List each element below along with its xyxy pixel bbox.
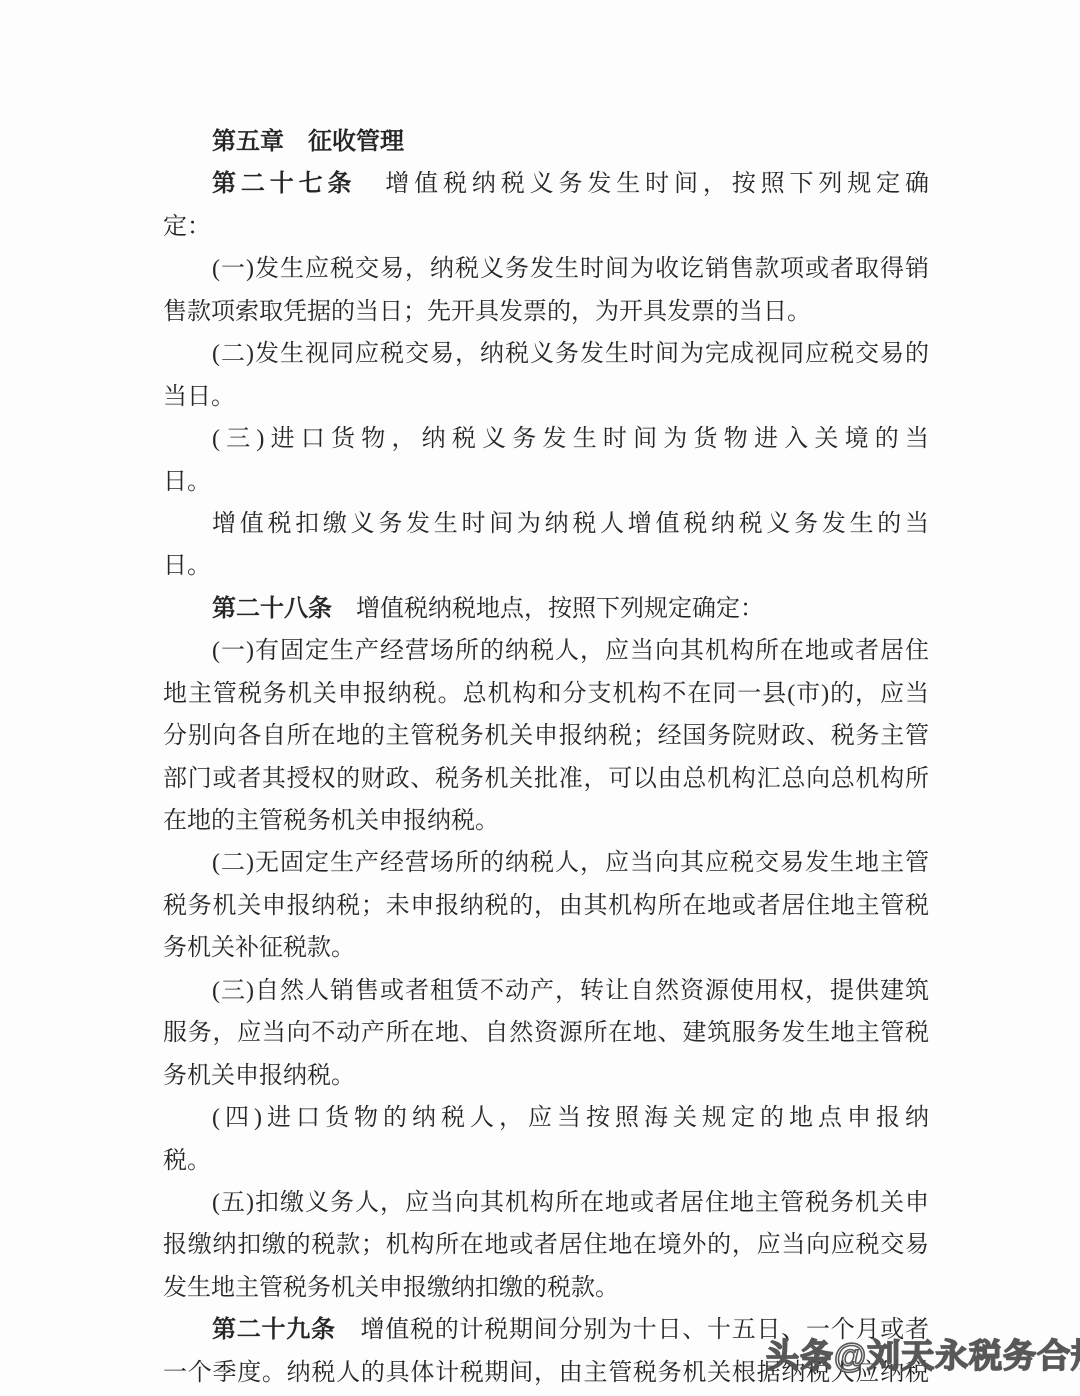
text-line: 税。 [163,1140,929,1182]
text-line: 服务，应当向不动产所在地、自然资源所在地、建筑服务发生地主管税 [163,1012,929,1054]
text-line: (一)有固定生产经营场所的纳税人，应当向其机构所在地或者居住 [163,630,929,672]
text-line: 日。 [163,461,929,503]
line-text: (二)发生视同应税交易，纳税义务发生时间为完成视同应税交易的 [212,341,929,367]
text-line: (二)无固定生产经营场所的纳税人，应当向其应税交易发生地主管 [163,842,929,884]
line-text: 定： [163,214,211,240]
text-line: (四)进口货物的纳税人，应当按照海关规定的地点申报纳 [163,1097,929,1139]
article-number: 第五章 征收管理 [212,129,404,155]
text-line: 务机关申报纳税。 [163,1055,929,1097]
line-text: 增值税扣缴义务发生时间为纳税人增值税纳税义务发生的当 [212,511,929,537]
article-number: 第二十七条 [212,171,356,197]
line-text: 税。 [163,1148,211,1174]
line-text: 部门或者其授权的财政、税务机关批准，可以由总机构汇总向总机构所 [163,766,929,792]
line-text: (三)自然人销售或者租赁不动产，转让自然资源使用权，提供建筑 [212,978,929,1004]
text-line: 日。 [163,545,929,587]
line-text: 增值税纳税地点，按照下列规定确定： [332,596,764,622]
text-line: 部门或者其授权的财政、税务机关批准，可以由总机构汇总向总机构所 [163,758,929,800]
text-line: 报缴纳扣缴的税款；机构所在地或者居住地在境外的，应当向应税交易 [163,1224,929,1266]
line-text: 服务，应当向不动产所在地、自然资源所在地、建筑服务发生地主管税 [163,1020,929,1046]
article-number: 第二十八条 [212,596,332,622]
text-line: 在地的主管税务机关申报纳税。 [163,800,929,842]
line-text: (三)进口货物，纳税义务发生时间为货物进入关境的当 [212,426,929,452]
line-text: 当日。 [163,384,235,410]
line-text: 税务机关申报纳税；未申报纳税的，由其机构所在地或者居住地主管税 [163,893,929,919]
text-line: 第二十七条 增值税纳税义务发生时间，按照下列规定确 [163,163,929,205]
line-text: (一)有固定生产经营场所的纳税人，应当向其机构所在地或者居住 [212,638,929,664]
text-line: 务机关补征税款。 [163,927,929,969]
line-text: 报缴纳扣缴的税款；机构所在地或者居住地在境外的，应当向应税交易 [163,1232,929,1258]
line-text: 日。 [163,553,211,579]
line-text: 日。 [163,469,211,495]
watermark: 头条@刘天永税务合规 [766,1330,1080,1377]
text-line: 增值税扣缴义务发生时间为纳税人增值税纳税义务发生的当 [163,503,929,545]
text-line: 税务机关申报纳税；未申报纳税的，由其机构所在地或者居住地主管税 [163,885,929,927]
line-text: (一)发生应税交易，纳税义务发生时间为收讫销售款项或者取得销 [212,256,929,282]
text-line: 当日。 [163,376,929,418]
text-line: 分别向各自所在地的主管税务机关申报纳税；经国务院财政、税务主管 [163,715,929,757]
document-page: { "page": { "background_color": "#fdfdfd… [0,0,1080,1396]
text-line: (二)发生视同应税交易，纳税义务发生时间为完成视同应税交易的 [163,333,929,375]
text-line: (三)进口货物，纳税义务发生时间为货物进入关境的当 [163,418,929,460]
text-line: 地主管税务机关申报纳税。总机构和分支机构不在同一县(市)的，应当 [163,673,929,715]
line-text: 售款项索取凭据的当日；先开具发票的，为开具发票的当日。 [163,299,811,325]
document-body: 第五章 征收管理第二十七条 增值税纳税义务发生时间，按照下列规定确定：(一)发生… [163,121,929,1394]
text-line: 定： [163,206,929,248]
text-line: (三)自然人销售或者租赁不动产，转让自然资源使用权，提供建筑 [163,970,929,1012]
line-text: (五)扣缴义务人，应当向其机构所在地或者居住地主管税务机关申 [212,1190,929,1216]
line-text: 务机关补征税款。 [163,935,355,961]
line-text: 发生地主管税务机关申报缴纳扣缴的税款。 [163,1275,619,1301]
line-text: (二)无固定生产经营场所的纳税人，应当向其应税交易发生地主管 [212,850,929,876]
line-text: (四)进口货物的纳税人，应当按照海关规定的地点申报纳 [212,1105,929,1131]
line-text: 务机关申报纳税。 [163,1063,355,1089]
line-text: 分别向各自所在地的主管税务机关申报纳税；经国务院财政、税务主管 [163,723,929,749]
text-line: (五)扣缴义务人，应当向其机构所在地或者居住地主管税务机关申 [163,1182,929,1224]
text-line: 第五章 征收管理 [163,121,929,163]
text-line: 发生地主管税务机关申报缴纳扣缴的税款。 [163,1267,929,1309]
line-text: 地主管税务机关申报纳税。总机构和分支机构不在同一县(市)的，应当 [163,681,929,707]
text-line: 售款项索取凭据的当日；先开具发票的，为开具发票的当日。 [163,291,929,333]
line-text: 增值税纳税义务发生时间，按照下列规定确 [356,171,929,197]
article-number: 第二十九条 [212,1317,336,1343]
text-line: (一)发生应税交易，纳税义务发生时间为收讫销售款项或者取得销 [163,248,929,290]
text-line: 第二十八条 增值税纳税地点，按照下列规定确定： [163,588,929,630]
line-text: 在地的主管税务机关申报纳税。 [163,808,499,834]
